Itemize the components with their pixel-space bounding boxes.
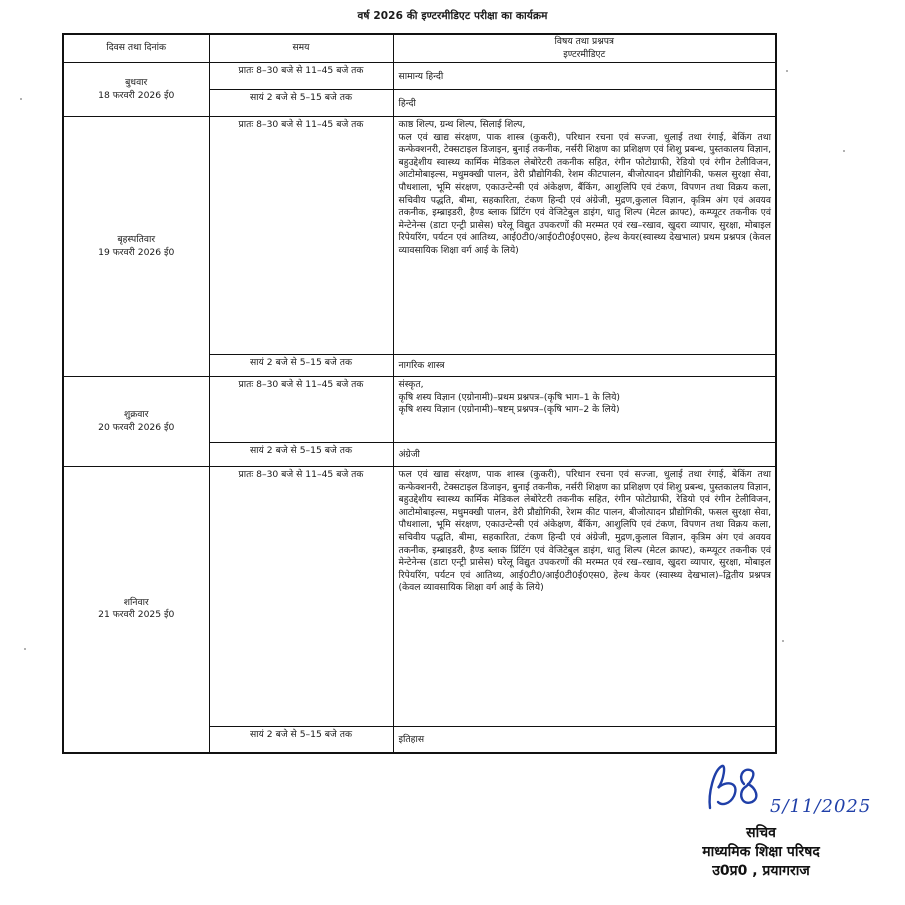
day-cell: शुक्रवार 20 फरवरी 2026 ई0 [63, 377, 209, 467]
scan-speck [782, 640, 784, 642]
time-cell: प्रातः 8–30 बजे से 11–45 बजे तक [209, 377, 393, 443]
subject-cell: फल एवं खाद्य संरक्षण, पाक शास्त्र (कुकरी… [393, 467, 776, 727]
subject-cell: काष्ठ शिल्प, ग्रन्थ शिल्प, सिलाई शिल्प, … [393, 117, 776, 355]
scan-speck [843, 150, 845, 152]
signatory-office: माध्यमिक शिक्षा परिषद [636, 843, 886, 862]
day-date: 18 फरवरी 2026 ई0 [64, 90, 209, 103]
time-cell: सायं 2 बजे से 5–15 बजे तक [209, 727, 393, 753]
table-row: बृहस्पतिवार 19 फरवरी 2026 ई0 प्रातः 8–30… [63, 117, 776, 355]
time-cell: प्रातः 8–30 बजे से 11–45 बजे तक [209, 63, 393, 90]
subject-cell: सामान्य हिन्दी [393, 63, 776, 90]
day-cell: शनिवार 21 फरवरी 2025 ई0 [63, 467, 209, 753]
day-date: 20 फरवरी 2026 ई0 [64, 422, 209, 435]
day-name: शुक्रवार [64, 409, 209, 422]
signatory-location: उ0प्र0 , प्रयागराज [636, 862, 886, 881]
subject-cell: अंग्रेजी [393, 443, 776, 467]
day-cell: बुधवार 18 फरवरी 2026 ई0 [63, 63, 209, 117]
scan-speck [24, 648, 26, 650]
subject-text: नागरिक शास्त्र [399, 360, 772, 373]
time-cell: सायं 2 बजे से 5–15 बजे तक [209, 443, 393, 467]
table-row: बुधवार 18 फरवरी 2026 ई0 प्रातः 8–30 बजे … [63, 63, 776, 90]
subject-text: कृषि शस्य विज्ञान (एग्रोनामी)–प्रथम प्रश… [399, 392, 772, 405]
header-subject-line2: इण्टरमीडिएट [394, 49, 776, 62]
day-name: बृहस्पतिवार [64, 234, 209, 247]
header-subject-line1: विषय तथा प्रश्नपत्र [394, 36, 776, 49]
subject-text: इतिहास [399, 734, 772, 747]
subject-text: हिन्दी [399, 98, 772, 111]
table-header-row: दिवस तथा दिनांक समय विषय तथा प्रश्नपत्र … [63, 34, 776, 63]
signatory-designation: सचिव [636, 824, 886, 843]
subject-cell: नागरिक शास्त्र [393, 355, 776, 377]
header-time: समय [209, 34, 393, 63]
subject-text: फल एवं खाद्य संरक्षण, पाक शास्त्र (कुकरी… [399, 132, 772, 258]
table-row: शुक्रवार 20 फरवरी 2026 ई0 प्रातः 8–30 बज… [63, 377, 776, 443]
signatory-block: सचिव माध्यमिक शिक्षा परिषद उ0प्र0 , प्रय… [636, 824, 886, 881]
time-cell: प्रातः 8–30 बजे से 11–45 बजे तक [209, 467, 393, 727]
subject-text: संस्कृत, [399, 379, 772, 392]
subject-text: सामान्य हिन्दी [399, 71, 772, 84]
time-cell: प्रातः 8–30 बजे से 11–45 बजे तक [209, 117, 393, 355]
subject-text: काष्ठ शिल्प, ग्रन्थ शिल्प, सिलाई शिल्प, [399, 119, 772, 132]
day-name: बुधवार [64, 77, 209, 90]
time-cell: सायं 2 बजे से 5–15 बजे तक [209, 90, 393, 117]
time-cell: सायं 2 बजे से 5–15 बजे तक [209, 355, 393, 377]
exam-schedule-table: दिवस तथा दिनांक समय विषय तथा प्रश्नपत्र … [62, 33, 777, 754]
scan-speck [20, 98, 22, 100]
header-day-date: दिवस तथा दिनांक [63, 34, 209, 63]
signature-date: 5/11/2025 [770, 796, 871, 817]
header-subject: विषय तथा प्रश्नपत्र इण्टरमीडिएट [393, 34, 776, 63]
subject-cell: संस्कृत, कृषि शस्य विज्ञान (एग्रोनामी)–प… [393, 377, 776, 443]
subject-cell: हिन्दी [393, 90, 776, 117]
table-row: शनिवार 21 फरवरी 2025 ई0 प्रातः 8–30 बजे … [63, 467, 776, 727]
subject-text: फल एवं खाद्य संरक्षण, पाक शास्त्र (कुकरी… [399, 469, 772, 595]
day-name: शनिवार [64, 597, 209, 610]
subject-cell: इतिहास [393, 727, 776, 753]
document-title: वर्ष 2026 की इण्टरमीडिएट परीक्षा का कार्… [0, 9, 905, 23]
day-cell: बृहस्पतिवार 19 फरवरी 2026 ई0 [63, 117, 209, 377]
subject-text: कृषि शस्य विज्ञान (एग्रोनामी)–षष्टम् प्र… [399, 404, 772, 417]
subject-text: अंग्रेजी [399, 449, 772, 462]
scan-speck [786, 70, 788, 72]
day-date: 21 फरवरी 2025 ई0 [64, 609, 209, 622]
day-date: 19 फरवरी 2026 ई0 [64, 247, 209, 260]
